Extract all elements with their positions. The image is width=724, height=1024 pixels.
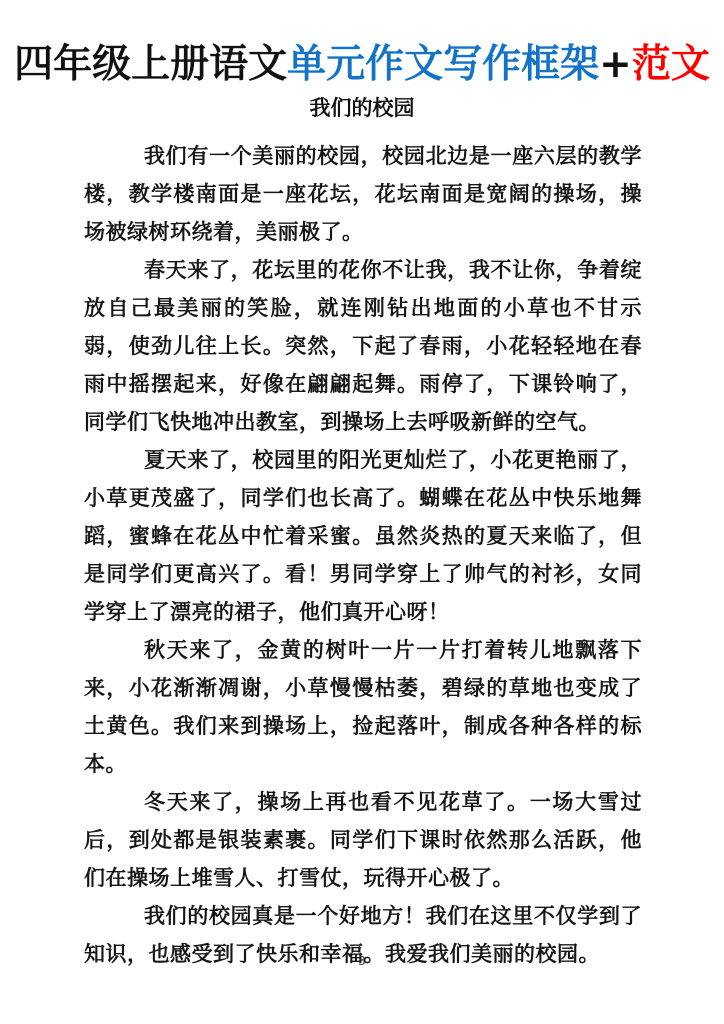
essay-paragraph: 夏天来了，校园里的阳光更灿烂了，小花更艳丽了，小草更茂盛了，同学们也长高了。蝴蝶… <box>84 441 642 631</box>
essay-paragraph: 冬天来了，操场上再也看不见花草了。一场大雪过后，到处都是银装素裹。同学们下课时依… <box>84 783 642 897</box>
essay-body: 我们有一个美丽的校园，校园北边是一座六层的教学楼，教学楼南面是一座花坛，花坛南面… <box>84 137 642 973</box>
page-number: 3 <box>0 954 724 968</box>
title-segment-blue: 单元作文写作框架 <box>287 42 599 87</box>
title-segment-plus: + <box>599 42 632 87</box>
essay-paragraph: 秋天来了，金黄的树叶一片一片打着转儿地飘落下来，小花渐渐凋谢，小草慢慢枯萎，碧绿… <box>84 631 642 783</box>
essay-title: 我们的校园 <box>0 95 724 121</box>
document-header: 四年级上册语文单元作文写作框架+范文 我们的校园 <box>0 0 724 121</box>
essay-paragraph: 我们有一个美丽的校园，校园北边是一座六层的教学楼，教学楼南面是一座花坛，花坛南面… <box>84 137 642 251</box>
page-title: 四年级上册语文单元作文写作框架+范文 <box>0 42 724 88</box>
essay-paragraph: 春天来了，花坛里的花你不让我，我不让你，争着绽放自己最美丽的笑脸，就连刚钻出地面… <box>84 251 642 441</box>
document-page: 四年级上册语文单元作文写作框架+范文 我们的校园 我们有一个美丽的校园，校园北边… <box>0 0 724 1024</box>
title-segment-red: 范文 <box>632 42 710 87</box>
title-segment-black: 四年级上册语文 <box>14 42 287 87</box>
